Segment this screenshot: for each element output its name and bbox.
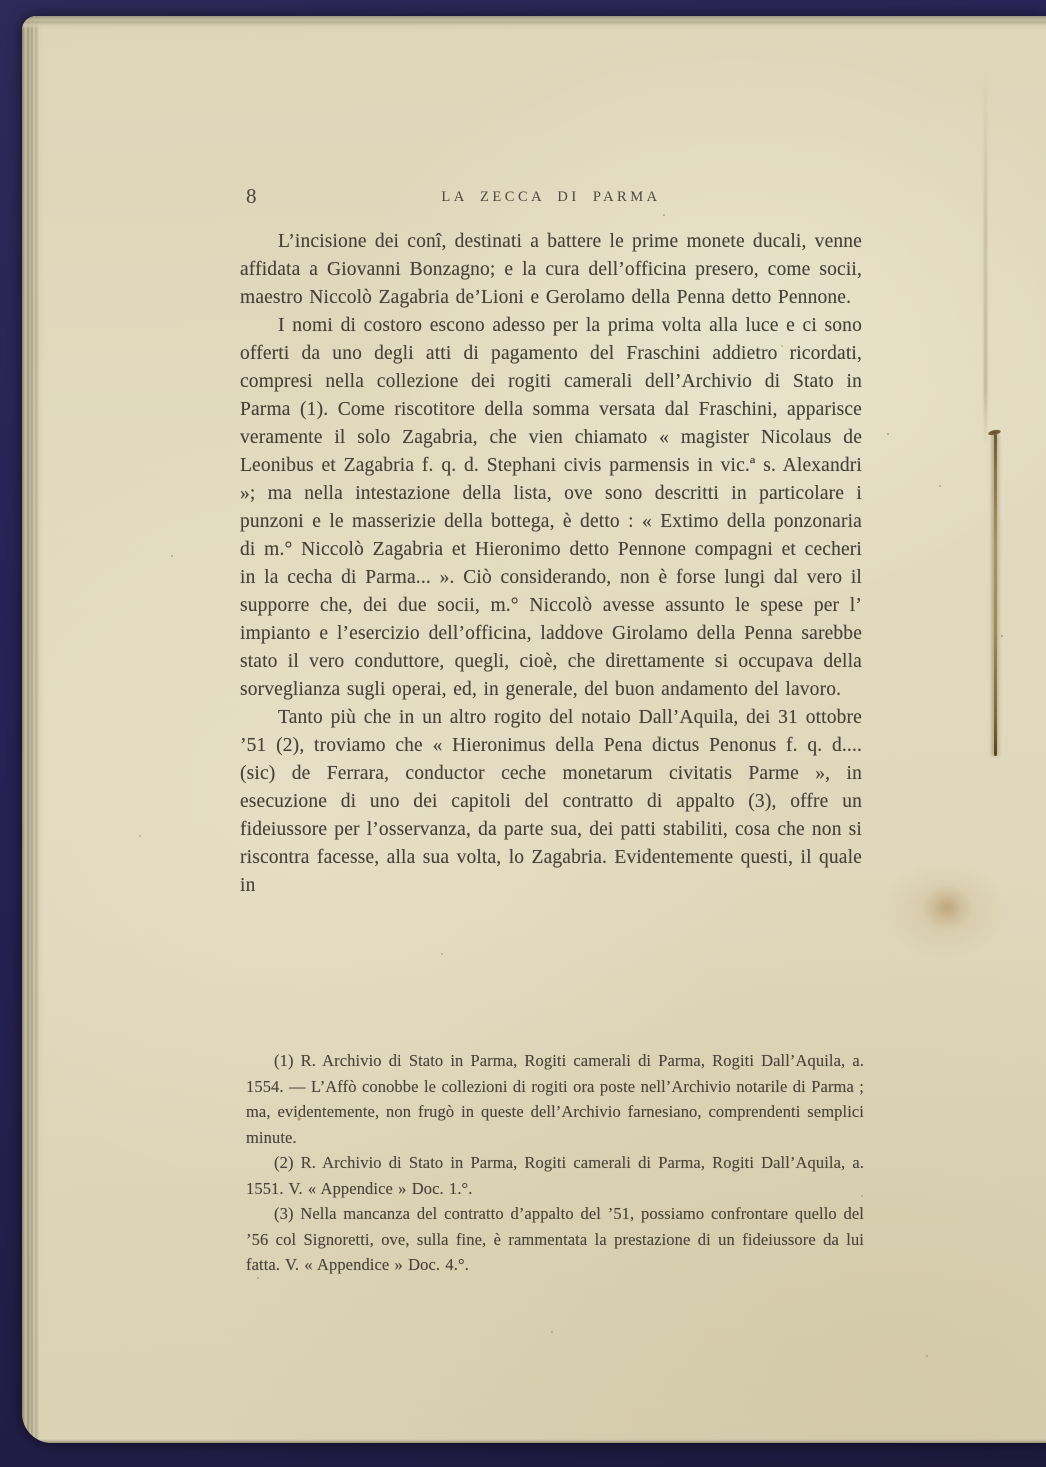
body-paragraph: Tanto più che in un altro rogito del not… bbox=[240, 704, 862, 900]
body-paragraph: L’incisione dei conî, destinati a batter… bbox=[240, 228, 862, 312]
body-paragraph: I nomi di costoro escono adesso per la p… bbox=[240, 312, 862, 704]
running-header-title: LA ZECCA DI PARMA bbox=[240, 189, 862, 206]
footnote: (1) R. Archivio di Stato in Parma, Rogit… bbox=[246, 1048, 864, 1150]
pin-mark bbox=[994, 434, 997, 756]
scanned-book-photo: { "content": { "page_number": "8", "runn… bbox=[0, 0, 1046, 1467]
page-bottom-rim bbox=[22, 1439, 1046, 1443]
paper-crease bbox=[984, 66, 987, 446]
body-text: L’incisione dei conî, destinati a batter… bbox=[240, 228, 862, 900]
page-header: 8 LA ZECCA DI PARMA bbox=[240, 183, 862, 211]
page-stack-edge-left bbox=[22, 16, 44, 1443]
paper-stain bbox=[922, 884, 972, 930]
footnote: (2) R. Archivio di Stato in Parma, Rogit… bbox=[246, 1150, 864, 1201]
footnotes: (1) R. Archivio di Stato in Parma, Rogit… bbox=[246, 1048, 864, 1278]
page-stack-edge-top bbox=[22, 16, 1046, 29]
book-page: 8 LA ZECCA DI PARMA L’incisione dei conî… bbox=[22, 16, 1046, 1443]
footnote: (3) Nella mancanza del contratto d’appal… bbox=[246, 1201, 864, 1278]
